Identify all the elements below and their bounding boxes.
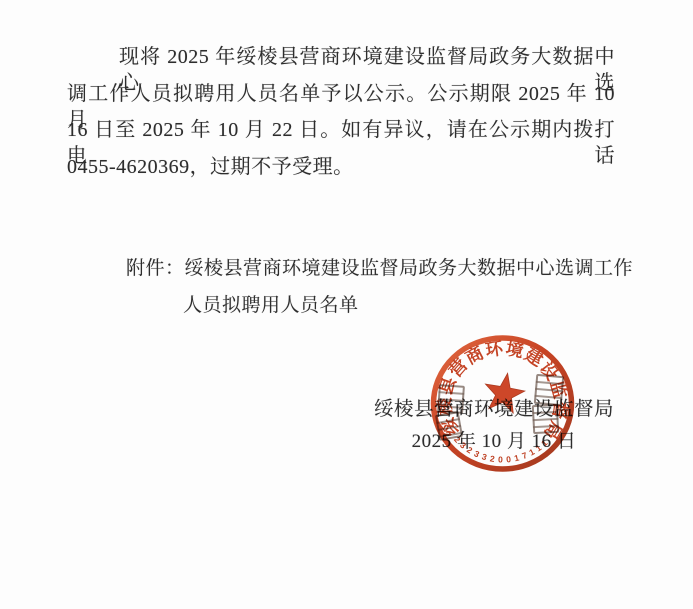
body-line-1: 现将 2025 年绥棱县营商环境建设监督局政务大数据中心选 xyxy=(119,44,615,70)
body-line-4: 0455-4620369，过期不予受理。 xyxy=(67,154,354,180)
attachment-line-1: 附件：绥棱县营商环境建设监督局政务大数据中心选调工作 xyxy=(126,256,633,282)
body-line-2: 调工作人员拟聘用人员名单予以公示。公示期限 2025 年 10 月 xyxy=(67,81,615,107)
notice-document-page: 现将 2025 年绥棱县营商环境建设监督局政务大数据中心选 调工作人员拟聘用人员… xyxy=(0,0,693,609)
attachment-label: 附件： xyxy=(126,258,185,279)
attachment-title-line-2: 人员拟聘用人员名单 xyxy=(183,293,359,319)
seal-star-icon xyxy=(486,373,525,413)
official-seal: 绥棱县营商环境建设监督局 2323320017111 xyxy=(427,332,578,475)
body-line-3: 16 日至 2025 年 10 月 22 日。如有异议，请在公示期内拨打电话 xyxy=(67,117,615,143)
attachment-title-line-1: 绥棱县营商环境建设监督局政务大数据中心选调工作 xyxy=(185,258,634,279)
